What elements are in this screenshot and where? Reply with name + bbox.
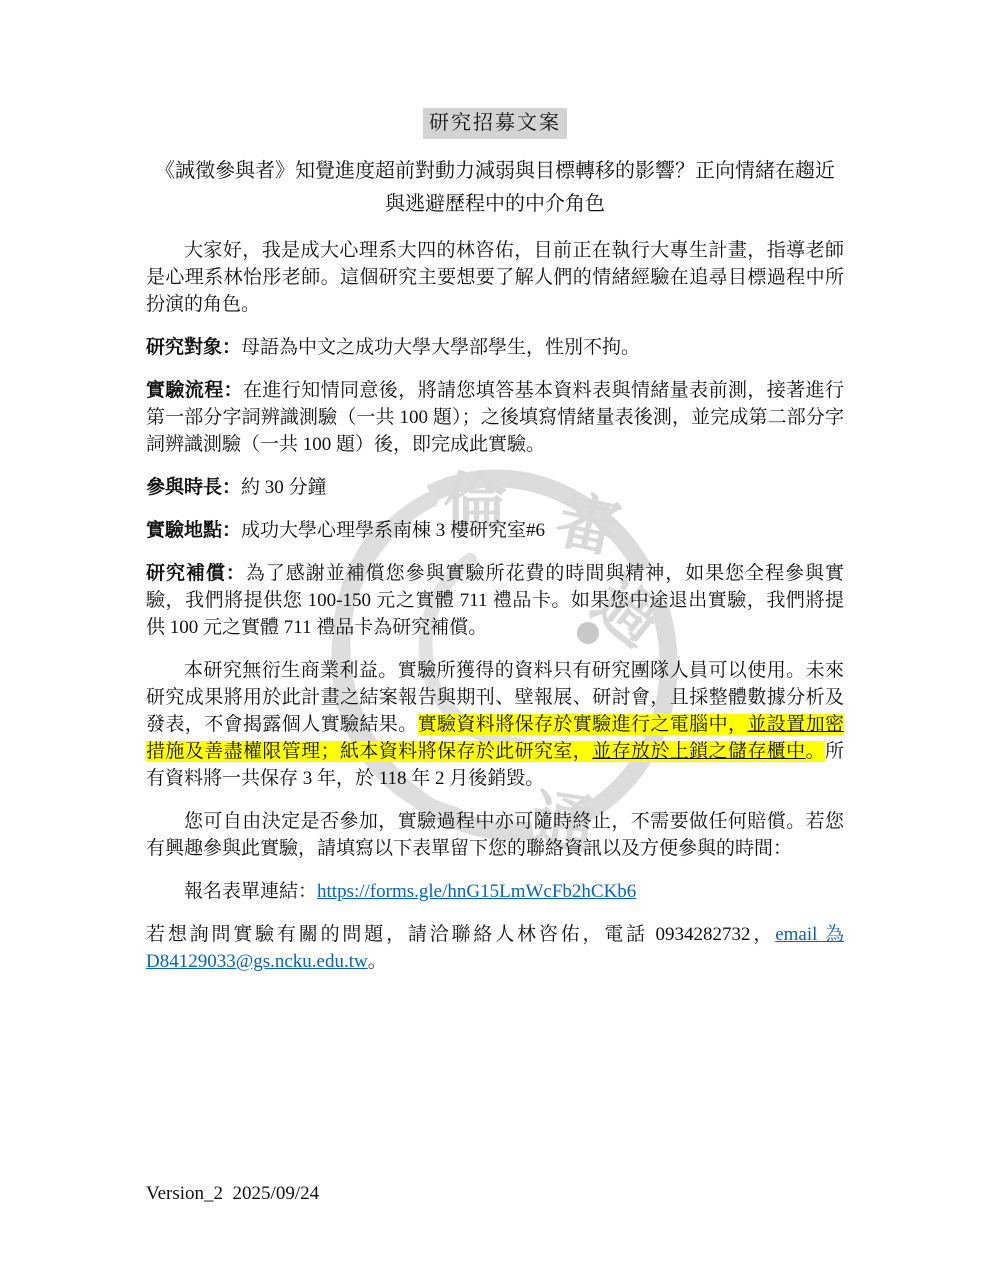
document-tag: 研究招募文案 (423, 108, 567, 139)
retention-highlight: 。 (806, 741, 825, 762)
section-label: 研究對象： (146, 337, 241, 358)
intro-paragraph: 大家好，我是成大心理系大四的林咨佑，目前正在執行大專生計畫，指導老師是心理系林怡… (146, 237, 844, 318)
study-title: 《誠徵參與者》知覺進度超前對動力減弱與目標轉移的影響？正向情緒在趨近與逃避歷程中… (146, 155, 844, 221)
section-label: 實驗流程： (146, 380, 243, 401)
section-text: 成功大學心理學系南棟 3 樓研究室#6 (241, 520, 545, 541)
contact-text: 若想詢問實驗有關的問題，請洽聯絡人林咨佑，電話 0934282732， (146, 924, 775, 945)
section-location: 實驗地點：成功大學心理學系南棟 3 樓研究室#6 (146, 517, 844, 544)
contact-paragraph: 若想詢問實驗有關的問題，請洽聯絡人林咨佑，電話 0934282732，email… (146, 921, 844, 975)
retention-highlight: 實驗資料將保存於實驗進行之電腦中， (418, 714, 748, 735)
document-page: 研究招募文案 《誠徵參與者》知覺進度超前對動力減弱與目標轉移的影響？正向情緒在趨… (146, 108, 844, 991)
section-duration: 參與時長：約 30 分鐘 (146, 474, 844, 501)
section-procedure: 實驗流程：在進行知情同意後，將請您填答基本資料表與情緒量表前測，接著進行第一部分… (146, 377, 844, 458)
section-label: 研究補償： (146, 563, 246, 584)
section-text: 約 30 分鐘 (241, 477, 327, 498)
title-row: 研究招募文案 (146, 108, 844, 139)
section-text: 為了感謝並補償您參與實驗所花費的時間與精神，如果您全程參與實驗，我們將提供您 1… (146, 563, 844, 638)
retention-highlight-underline: 並設置加密 (747, 714, 844, 735)
section-label: 實驗地點： (146, 520, 241, 541)
data-retention-paragraph: 本研究無衍生商業利益。實驗所獲得的資料只有研究團隊人員可以使用。未來研究成果將用… (146, 657, 844, 792)
email-label-link[interactable]: email 為 (775, 924, 844, 945)
section-compensation: 研究補償：為了感謝並補償您參與實驗所花費的時間與精神，如果您全程參與實驗，我們將… (146, 560, 844, 641)
contact-text: 。 (368, 951, 387, 972)
section-label: 參與時長： (146, 477, 241, 498)
retention-highlight-underline: 並存放於上鎖之儲存櫃中 (592, 741, 805, 762)
voluntary-paragraph: 您可自由決定是否參加，實驗過程中亦可隨時終止，不需要做任何賠償。若您有興趣參與此… (146, 808, 844, 862)
version-footer: Version_2 2025/09/24 (146, 1183, 319, 1205)
retention-highlight: 措施及善盡權限管理；紙本資料將保存於此研究室， (146, 741, 592, 762)
section-participants: 研究對象：母語為中文之成功大學大學部學生，性別不拘。 (146, 334, 844, 361)
signup-label: 報名表單連結： (184, 881, 317, 902)
section-text: 在進行知情同意後，將請您填答基本資料表與情緒量表前測，接著進行第一部分字詞辨識測… (146, 380, 844, 455)
email-address-link[interactable]: D84129033@gs.ncku.edu.tw (146, 951, 368, 972)
signup-paragraph: 報名表單連結：https://forms.gle/hnG15LmWcFb2hCK… (146, 878, 844, 905)
signup-form-link[interactable]: https://forms.gle/hnG15LmWcFb2hCKb6 (317, 881, 636, 902)
section-text: 母語為中文之成功大學大學部學生，性別不拘。 (241, 337, 640, 358)
